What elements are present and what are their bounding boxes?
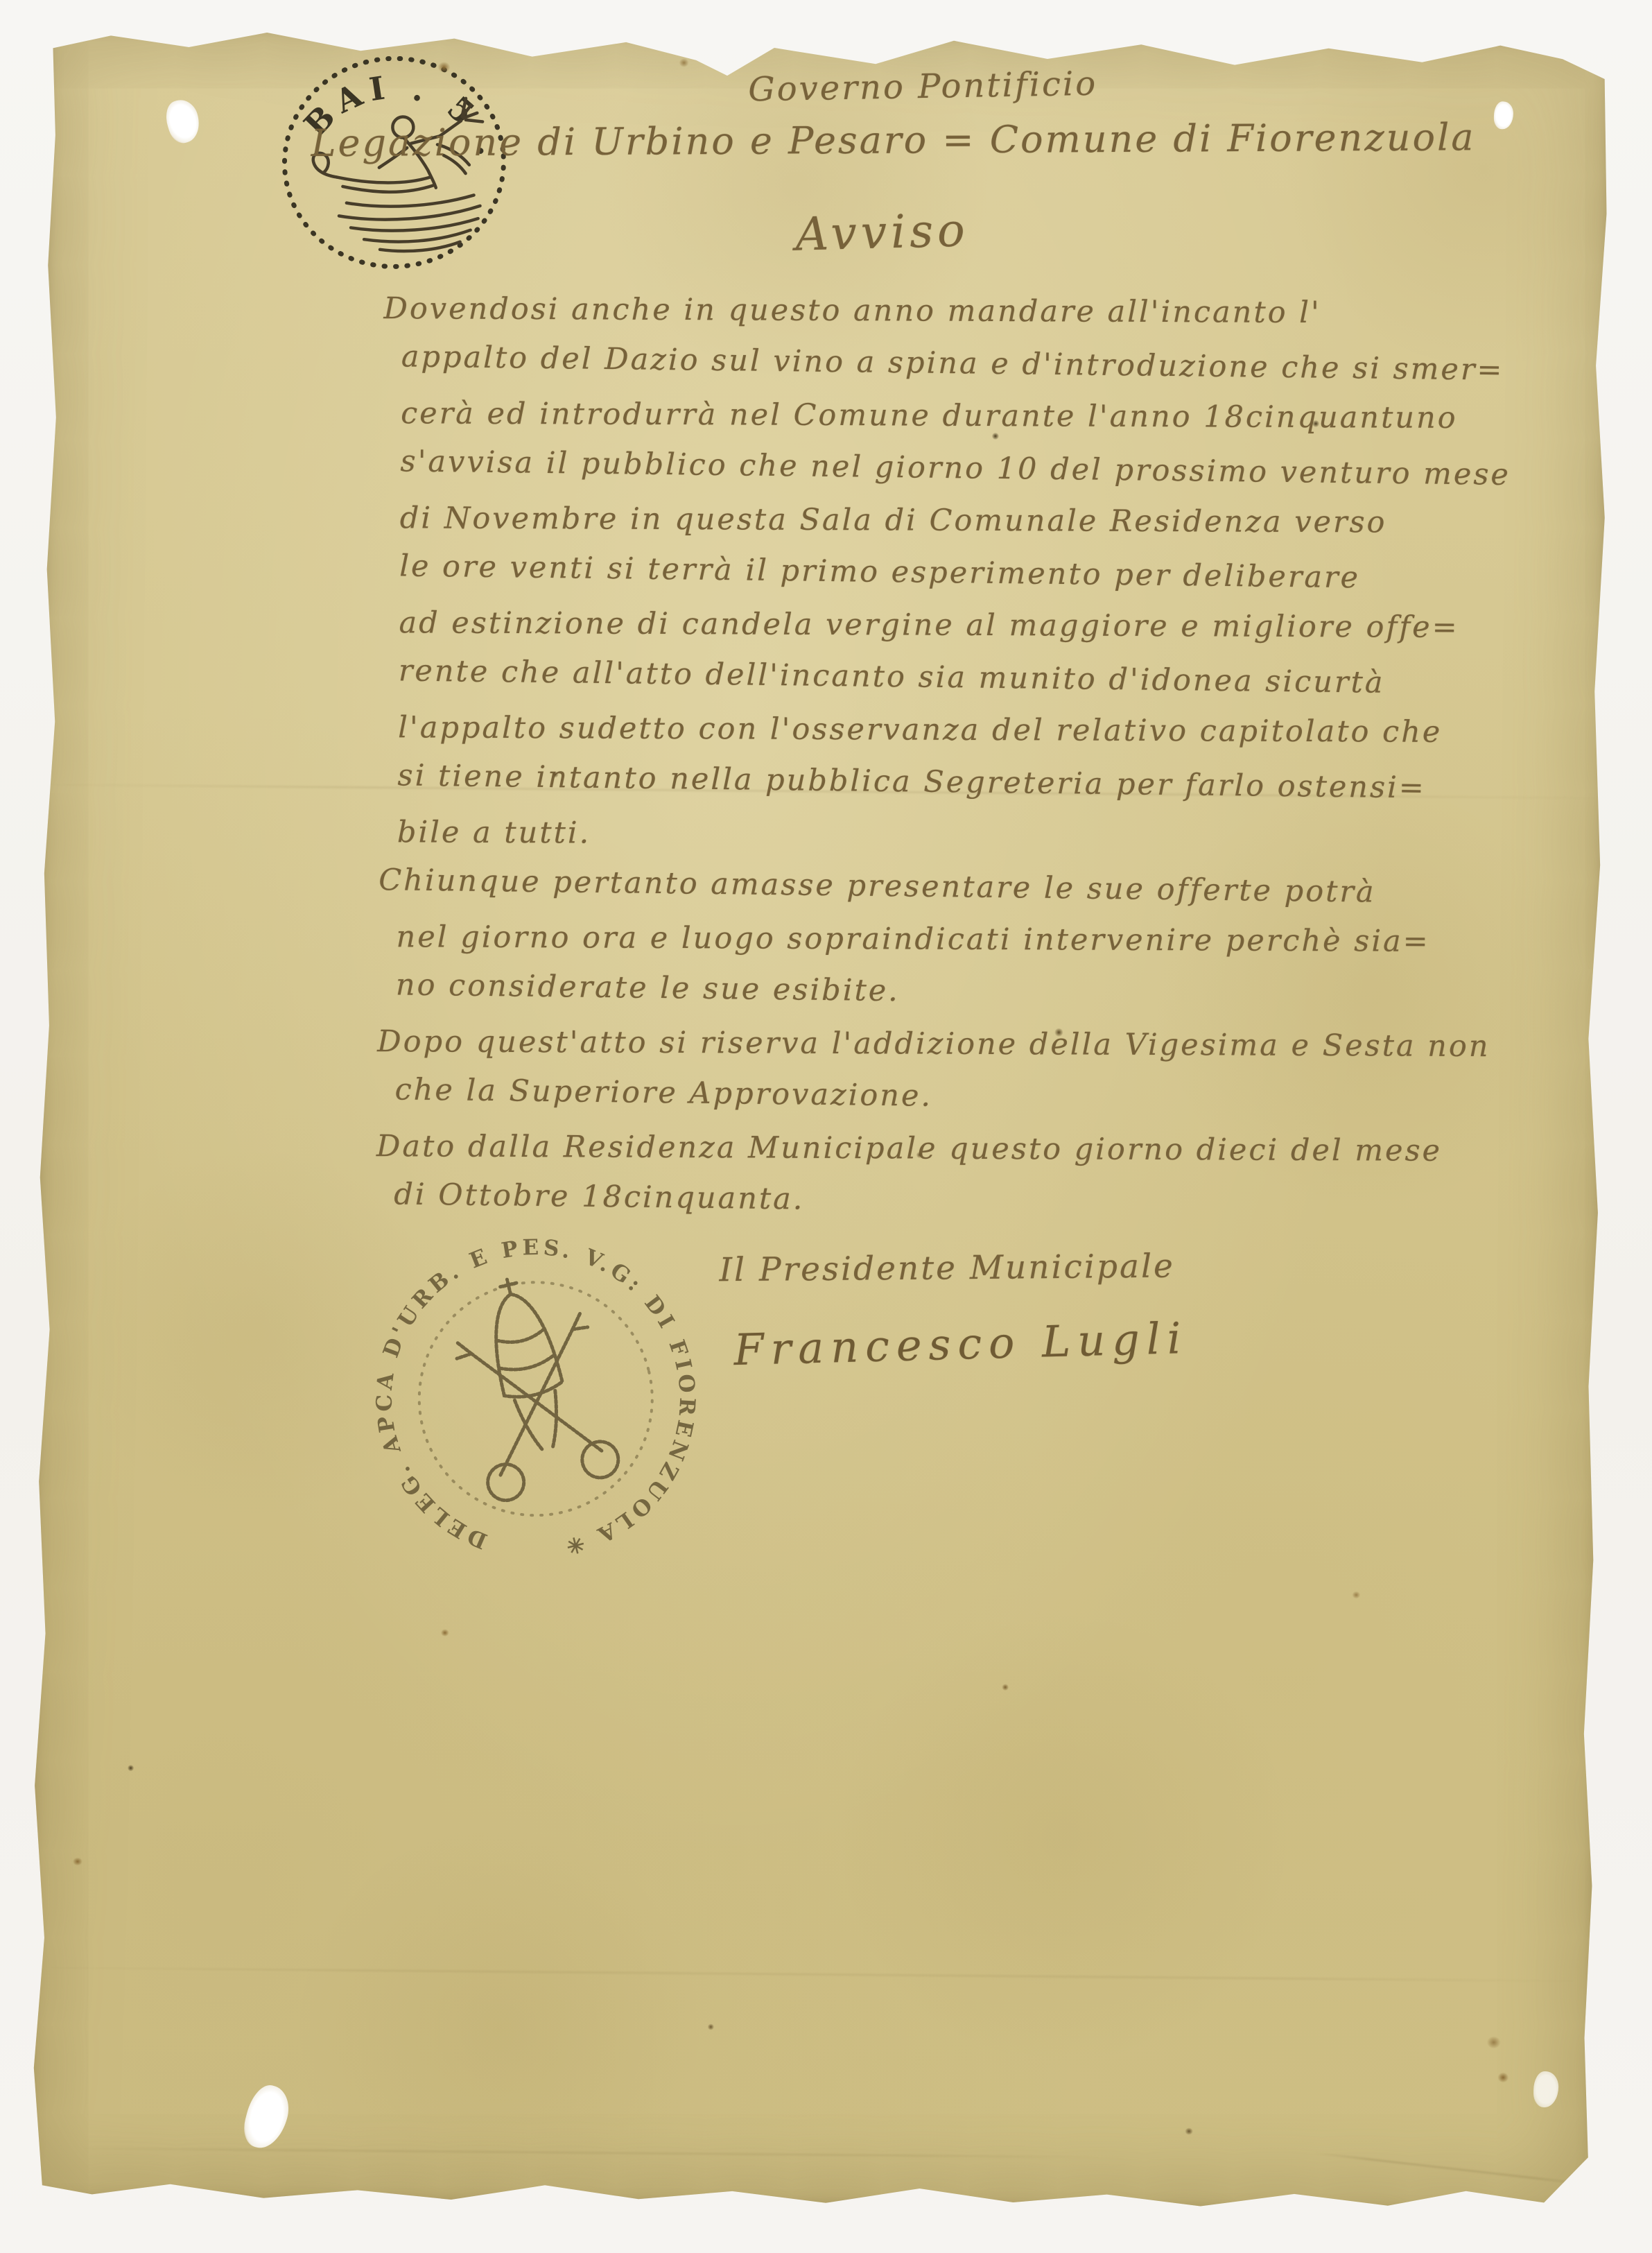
fox-spot [1002, 1684, 1009, 1691]
body-line: le ore venti si terrà il primo esperimen… [399, 540, 1620, 607]
paper-hole [239, 2081, 294, 2153]
municipal-seal-stamp: DELEG. APCA D'URB. E PES. V.G: DI FIOREN… [322, 1186, 749, 1612]
fold-crease [32, 1967, 1593, 1983]
body-line: l'appalto sudetto con l'osservanza del r… [398, 702, 1618, 759]
fox-spot [73, 1857, 82, 1865]
papal-tiara-keys-icon [442, 1263, 623, 1504]
notice-body: Dovendosi anche in questo anno mandare a… [394, 280, 1622, 1233]
body-line: Chiunque pertanto amasse presentare le s… [379, 854, 1617, 922]
notice-title: Avviso [794, 203, 969, 261]
body-line: si tiene intanto nella pubblica Segreter… [397, 750, 1618, 817]
paper-hole [162, 96, 205, 146]
bottom-crease [71, 2147, 1111, 2158]
document-page: BAI . 5 . Governo Ponti [30, 26, 1610, 2212]
corner-crease [1313, 2152, 1589, 2185]
body-line: no considerate le sue esibite. [395, 959, 1616, 1026]
fox-spot [1497, 2072, 1508, 2082]
seal-legend: DELEG. APCA D'URB. E PES. V.G: DI FIOREN… [338, 1201, 733, 1596]
body-line: rente che all'atto dell'incanto sia muni… [398, 645, 1619, 712]
svg-text:DELEG. APCA D'URB. E PES. V.G:: DELEG. APCA D'URB. E PES. V.G: DI FIOREN… [338, 1201, 733, 1596]
paper-dent [1533, 2071, 1558, 2107]
fox-spot [708, 2023, 714, 2030]
body-line: s'avvisa il pubblico che nel giorno 10 d… [400, 435, 1621, 503]
paper-hole [1494, 101, 1513, 129]
closing-role: Il Presidente Municipale [719, 1248, 1175, 1290]
header-legation: Legazione di Urbino e Pesaro = Comune di… [311, 115, 1475, 165]
fox-spot [1185, 2127, 1193, 2134]
body-line: appalto del Dazio sul vino a spina e d'i… [401, 331, 1621, 398]
body-line: Dovendosi anche in questo anno mandare a… [383, 283, 1621, 340]
header-government: Governo Pontificio [748, 64, 1098, 110]
signature: Francesco Lugli [733, 1313, 1189, 1375]
body-line: nel giorno ora e luogo sopraindicati int… [396, 911, 1616, 969]
fox-spot [441, 1629, 449, 1637]
body-line: che la Superiore Approvazione. [394, 1064, 1615, 1131]
body-line: di Novembre in questa Sala di Comunale R… [400, 492, 1620, 550]
body-line: bile a tutti. [397, 806, 1617, 864]
body-line: cerà ed introdurrà nel Comune durante l'… [401, 388, 1621, 445]
fox-spot [128, 1765, 134, 1771]
fox-spot [1352, 1591, 1360, 1598]
body-line: ad estinzione di candela vergine al magg… [399, 597, 1619, 655]
fox-spot [1487, 2036, 1501, 2048]
body-line: Dato dalla Residenza Municipale questo g… [376, 1121, 1615, 1178]
body-line: Dopo quest'atto si riserva l'addizione d… [377, 1016, 1615, 1073]
fox-spot [679, 58, 689, 67]
